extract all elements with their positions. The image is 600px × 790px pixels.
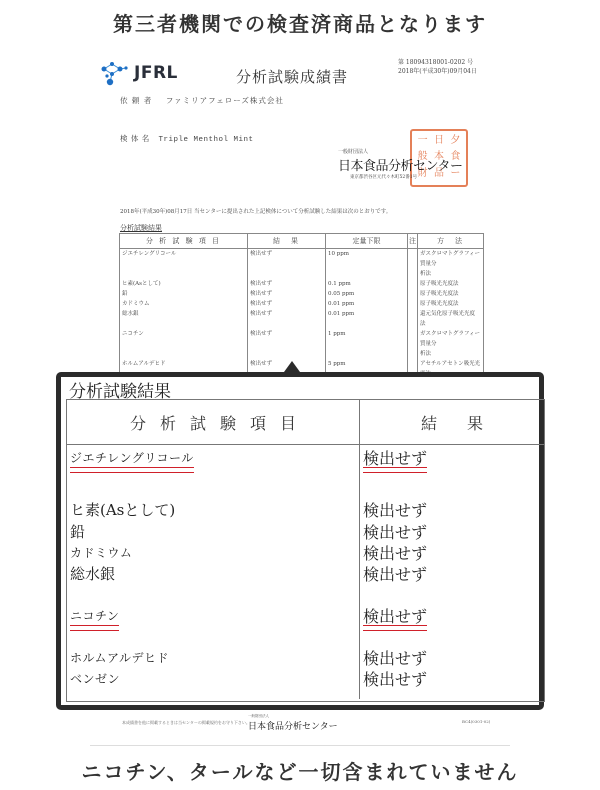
magnified-results-table: 分析試験項目 結果 ジエチレングリコールヒ素(Asとして)鉛カドミウム総水銀ニコ… [66, 399, 545, 702]
magnified-header-row: 分析試験項目 結果 [67, 400, 544, 445]
results-cell [326, 319, 408, 329]
test-item: カドミウム [70, 544, 132, 563]
results-caption: 分析試験結果 [120, 223, 162, 233]
results-cell [326, 269, 408, 279]
results-row: ジエチレングリコール検出せず10 ppmガスクロマトグラフィー質量分 [120, 249, 484, 270]
test-item: ヒ素(Asとして) [70, 501, 175, 520]
result-column: 検出せず検出せず検出せず検出せず検出せず検出せず検出せず検出せず [360, 445, 544, 699]
results-cell: ヒ素(Asとして) [120, 279, 248, 289]
test-result: 検出せず [363, 607, 427, 626]
results-row: ヒ素(Asとして)検出せず0.1 ppm原子吸光光度法 [120, 279, 484, 289]
results-row: 析法 [120, 349, 484, 359]
results-row: 法 [120, 319, 484, 329]
results-cell: 検出せず [248, 329, 326, 349]
results-cell: 原子吸光光度法 [418, 279, 484, 289]
results-cell: 検出せず [248, 309, 326, 319]
test-result: 検出せず [363, 501, 427, 520]
test-result: 検出せず [363, 670, 427, 689]
results-cell: 0.05 ppm [326, 289, 408, 299]
test-item: 総水銀 [70, 565, 115, 584]
item-column: ジエチレングリコールヒ素(Asとして)鉛カドミウム総水銀ニコチンホルムアルデヒド… [67, 445, 360, 699]
test-result: 検出せず [363, 449, 427, 468]
footer-code: BC4(0301-02) [462, 719, 490, 724]
results-cell: 原子吸光光度法 [418, 289, 484, 299]
header-method: 方 法 [418, 234, 484, 249]
sample-label: 検 体 名 [120, 134, 150, 143]
issuing-organization: 一般財団法人 日本食品分析センター 東京都渋谷区元代々木町52番1号 [338, 148, 488, 180]
results-cell [408, 299, 418, 309]
results-header-row: 分 析 試 験 項 目 結 果 定量下限 注 方 法 [120, 234, 484, 249]
intro-text: 2018年(平成30年)08月17日 当センターに提出された上記検体について分析… [120, 207, 391, 215]
results-cell [120, 269, 248, 279]
client-label: 依 頼 者 [120, 96, 152, 105]
logo-text: JFRL [134, 63, 178, 83]
results-cell: ジエチレングリコール [120, 249, 248, 270]
header-item: 分 析 試 験 項 目 [120, 234, 248, 249]
results-cell: 検出せず [248, 289, 326, 299]
magnified-header-result: 結果 [360, 400, 544, 444]
client-row: 依 頼 者 ファミリアフェローズ株式会社 [120, 95, 284, 106]
footer-org-name: 日本食品分析センター [248, 719, 338, 732]
org-address: 東京都渋谷区元代々木町52番1号 [350, 174, 488, 180]
results-cell: 10 ppm [326, 249, 408, 270]
test-item: ホルムアルデヒド [70, 649, 169, 668]
results-cell: 0.01 ppm [326, 309, 408, 319]
results-cell: ガスクロマトグラフィー質量分 [418, 249, 484, 270]
footer-divider [90, 745, 510, 746]
certificate-title: 分析試験成績書 [236, 66, 348, 87]
results-cell [120, 319, 248, 329]
results-cell: 0.01 ppm [326, 299, 408, 309]
results-cell [408, 279, 418, 289]
test-result: 検出せず [363, 565, 427, 584]
footer-note: 本成績書を他に掲載するときは当センターの掲載規約をお守り下さい。 [122, 720, 250, 726]
results-row: 鉛検出せず0.05 ppm原子吸光光度法 [120, 289, 484, 299]
molecule-logo-icon [100, 60, 130, 86]
results-cell: 検出せず [248, 249, 326, 270]
magnified-results-callout: 分析試験結果 分析試験項目 結果 ジエチレングリコールヒ素(Asとして)鉛カドミ… [56, 372, 544, 710]
results-row: 総水銀検出せず0.01 ppm還元気化原子吸光光度 [120, 309, 484, 319]
test-result: 検出せず [363, 544, 427, 563]
results-cell [408, 309, 418, 319]
results-cell: 析法 [418, 269, 484, 279]
results-row: ニコチン検出せず1 ppmガスクロマトグラフィー質量分 [120, 329, 484, 349]
results-row: 析法 [120, 269, 484, 279]
results-cell [408, 269, 418, 279]
test-result: 検出せず [363, 523, 427, 542]
results-cell [408, 329, 418, 349]
results-cell: 0.1 ppm [326, 279, 408, 289]
results-cell: 法 [418, 319, 484, 329]
results-cell [408, 319, 418, 329]
results-cell [248, 349, 326, 359]
results-cell [326, 349, 408, 359]
header-limit: 定量下限 [326, 234, 408, 249]
results-cell: 総水銀 [120, 309, 248, 319]
footline: ニコチン、タールなど一切含まれていません [0, 756, 600, 785]
results-cell: 還元気化原子吸光光度 [418, 309, 484, 319]
test-result: 検出せず [363, 649, 427, 668]
results-cell [408, 349, 418, 359]
results-cell [120, 349, 248, 359]
results-cell [408, 289, 418, 299]
results-cell: カドミウム [120, 299, 248, 309]
test-item: 鉛 [70, 523, 85, 542]
results-cell: 1 ppm [326, 329, 408, 349]
jfrl-logo: JFRL [100, 60, 178, 86]
results-cell: 原子吸光光度法 [418, 299, 484, 309]
magnified-header-item: 分析試験項目 [67, 400, 360, 444]
results-cell: 析法 [418, 349, 484, 359]
test-item: ジエチレングリコール [70, 449, 194, 468]
footer-organization: 一般財団法人 日本食品分析センター [248, 714, 338, 732]
results-cell: 検出せず [248, 299, 326, 309]
sample-value: Triple Menthol Mint [158, 136, 253, 144]
client-value: ファミリアフェローズ株式会社 [166, 96, 284, 105]
test-item: ベンゼン [70, 670, 120, 689]
results-cell [248, 269, 326, 279]
test-item: ニコチン [70, 607, 119, 626]
results-row: カドミウム検出せず0.01 ppm原子吸光光度法 [120, 299, 484, 309]
results-cell [248, 319, 326, 329]
callout-pointer-icon [284, 361, 300, 372]
results-cell [408, 249, 418, 270]
certificate-number: 第 18094318001-0202 号 2018年(平成30年)09月04日 [398, 58, 477, 76]
date-line: 2018年(平成30年)09月04日 [398, 67, 477, 76]
results-cell: ガスクロマトグラフィー質量分 [418, 329, 484, 349]
org-name: 日本食品分析センター [338, 155, 488, 174]
results-cell: 検出せず [248, 279, 326, 289]
results-cell: 鉛 [120, 289, 248, 299]
header-result: 結 果 [248, 234, 326, 249]
magnified-body: ジエチレングリコールヒ素(Asとして)鉛カドミウム総水銀ニコチンホルムアルデヒド… [67, 445, 544, 699]
results-cell: ニコチン [120, 329, 248, 349]
number-line: 第 18094318001-0202 号 [398, 58, 477, 67]
org-type: 一般財団法人 [338, 148, 488, 155]
sample-row: 検 体 名 Triple Menthol Mint [120, 133, 253, 144]
header-note: 注 [408, 234, 418, 249]
